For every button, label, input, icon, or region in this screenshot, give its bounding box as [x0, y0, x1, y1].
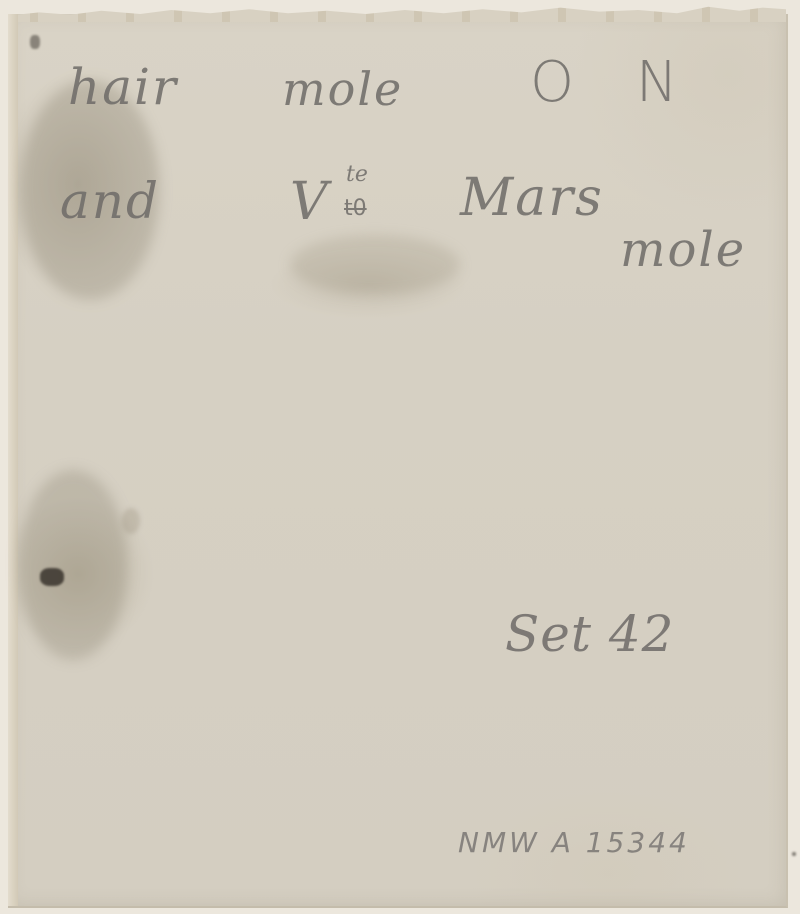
- inscription-word: V: [290, 172, 330, 232]
- stain-lower-left: [18, 470, 128, 660]
- inscription-word: and: [60, 172, 160, 230]
- inscription-word: hair: [68, 58, 178, 116]
- dark-spot-lower: [40, 568, 64, 586]
- inscription-superscript: te: [346, 162, 368, 187]
- inscription-word: O N: [530, 50, 700, 115]
- inscription-word: Mars: [460, 168, 604, 228]
- set-label: Set 42: [505, 605, 674, 663]
- left-binding-strip: [8, 14, 18, 906]
- inscription-struck-text: t0: [344, 196, 367, 221]
- inventory-number: NMW A 15344: [458, 826, 690, 859]
- stain-small-drop: [122, 508, 140, 534]
- stain-center: [290, 235, 460, 295]
- dark-spot-upper: [30, 35, 40, 49]
- mount-dot: [792, 852, 796, 856]
- inscription-word: mole: [282, 62, 403, 116]
- inscription-word: mole: [620, 222, 746, 278]
